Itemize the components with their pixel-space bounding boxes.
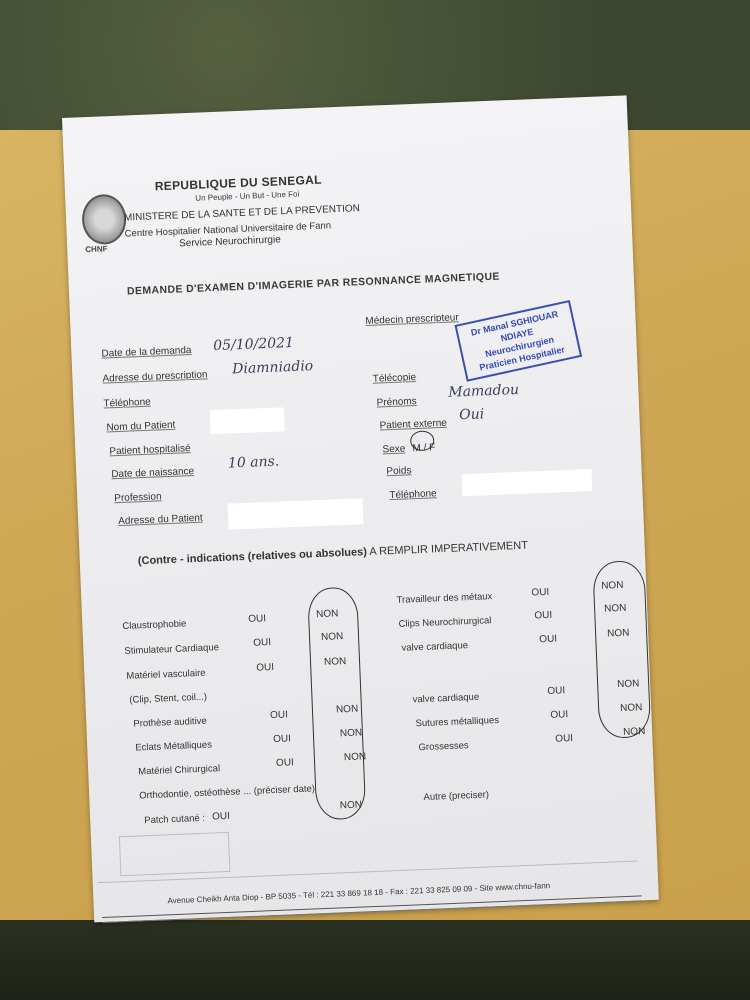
oui-prothese-auditive: OUI <box>270 709 288 721</box>
label-prenoms: Prénoms <box>376 396 416 409</box>
non-answers-circle-left <box>307 587 366 821</box>
oui-eclats-metalliques: OUI <box>273 733 291 745</box>
oui-patch-cutane: OUI <box>212 811 230 823</box>
logo-text: CHNF <box>85 244 108 254</box>
value-patient-externe: Oui <box>459 406 485 423</box>
label-adresse-prescription: Adresse du prescription <box>102 369 207 384</box>
label-telephone-patient: Téléphone <box>389 488 437 501</box>
label-adresse-patient: Adresse du Patient <box>118 513 203 527</box>
form-title: DEMANDE D'EXAMEN D'IMAGERIE PAR RESONNAN… <box>127 271 500 298</box>
item-clip-stent-coil: (Clip, Stent, coil...) <box>129 692 207 706</box>
item-stimulateur-cardiaque: Stimulateur Cardiaque <box>124 642 219 657</box>
value-date-demande: 05/10/2021 <box>213 335 294 354</box>
national-motto: Un Peuple - Un But - Une Foi <box>195 190 299 203</box>
oui-clips-neurochirurgical: OUI <box>534 610 552 622</box>
hospital-seal-icon <box>81 194 127 246</box>
label-medecin-prescripteur: Médecin prescripteur <box>365 312 459 327</box>
label-date-naissance: Date de naissance <box>111 466 194 480</box>
contraindications-title: (Contre - indications (relatives ou abso… <box>138 540 529 568</box>
item-orthodontie: Orthodontie, ostéothèse ... (préciser da… <box>139 783 315 801</box>
value-adresse-prescription: Diamniadio <box>232 358 314 377</box>
item-prothese-auditive: Prothèse auditive <box>133 716 207 730</box>
contraindications-heading: (Contre - indications (relatives ou abso… <box>138 546 368 567</box>
item-valve-cardiaque-1: valve cardiaque <box>401 640 468 654</box>
oui-materiel-vasculaire: OUI <box>256 662 274 674</box>
item-autre: Autre (preciser) <box>423 789 489 803</box>
faded-stamp <box>119 832 231 876</box>
contraindications-instruction: A REMPLIR IMPERATIVEMENT <box>369 540 528 558</box>
item-grossesses: Grossesses <box>418 740 469 753</box>
doctor-stamp: Dr Manal SGHIOUAR NDIAYE Neurochirurgien… <box>454 300 582 382</box>
redacted-telephone-patient <box>462 469 593 496</box>
oui-grossesses: OUI <box>555 733 573 745</box>
value-date-naissance: 10 ans. <box>228 454 280 472</box>
item-travailleur-metaux: Travailleur des métaux <box>396 591 492 606</box>
item-materiel-chirurgical: Matériel Chirurgical <box>138 763 220 777</box>
label-profession: Profession <box>114 491 162 504</box>
carpet-background-bottom <box>0 920 750 1000</box>
item-eclats-metalliques: Eclats Métalliques <box>135 739 212 753</box>
non-answers-circle-right <box>592 560 651 739</box>
item-claustrophobie: Claustrophobie <box>122 618 186 632</box>
oui-travailleur-metaux: OUI <box>531 587 549 599</box>
label-telecopie: Télécopie <box>373 372 417 385</box>
oui-valve-cardiaque-2: OUI <box>547 685 565 697</box>
mri-request-form: CHNF REPUBLIQUE DU SENEGAL Un Peuple - U… <box>62 95 659 922</box>
label-patient-externe: Patient externe <box>379 418 447 432</box>
label-telephone-prescripteur: Téléphone <box>103 397 151 410</box>
item-materiel-vasculaire: Matériel vasculaire <box>126 668 206 682</box>
item-valve-cardiaque-2: valve cardiaque <box>412 692 479 706</box>
item-patch-cutane: Patch cutané : <box>144 813 205 826</box>
label-patient-hospitalise: Patient hospitalisé <box>109 443 191 457</box>
label-sexe: Sexe <box>382 443 405 455</box>
oui-claustrophobie: OUI <box>248 613 266 625</box>
oui-materiel-chirurgical: OUI <box>276 757 294 769</box>
oui-valve-cardiaque-1: OUI <box>539 634 557 646</box>
label-poids: Poids <box>386 465 411 477</box>
item-sutures-metalliques: Sutures métalliques <box>415 715 499 729</box>
oui-stimulateur-cardiaque: OUI <box>253 637 271 649</box>
item-clips-neurochirurgical: Clips Neurochirurgical <box>398 615 491 630</box>
oui-sutures-metalliques: OUI <box>550 709 568 721</box>
label-date-demande: Date de la demanda <box>101 345 191 360</box>
value-prenoms: Mamadou <box>448 382 519 401</box>
redacted-nom-patient <box>210 407 285 434</box>
label-nom-patient: Nom du Patient <box>106 420 175 434</box>
redacted-adresse-patient <box>228 498 364 529</box>
